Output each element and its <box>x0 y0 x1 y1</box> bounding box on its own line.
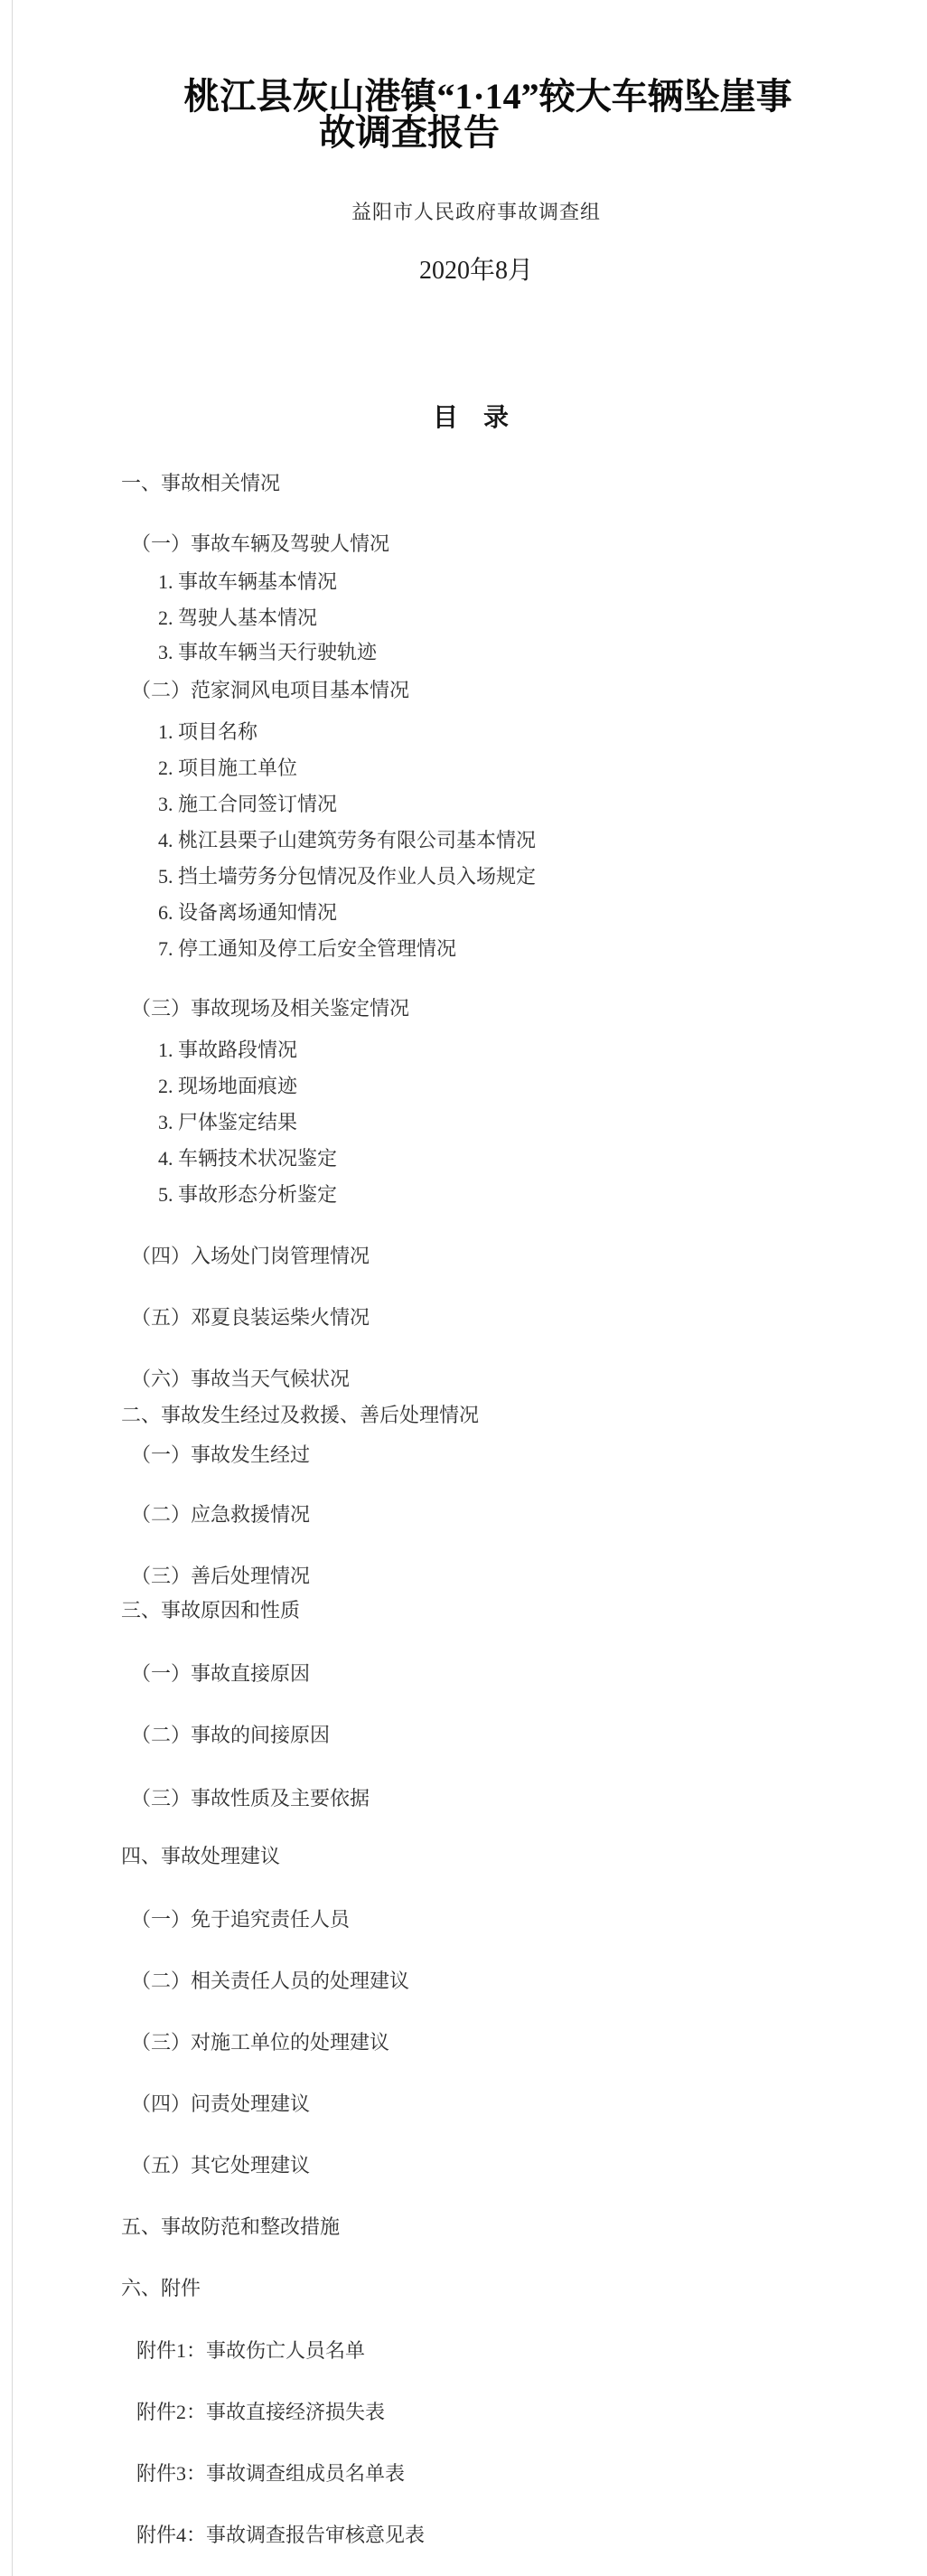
toc-entry-paren: （二）相关责任人员的处理建议 <box>131 1968 409 1995</box>
toc-entry-section: 四、事故处理建议 <box>121 1843 280 1870</box>
toc-entry-section: 一、事故相关情况 <box>121 470 280 497</box>
toc-entry-num: 1. 事故车辆基本情况 <box>158 569 337 596</box>
toc-entry-section: 三、事故原因和性质 <box>121 1597 300 1624</box>
toc-entry-num: 1. 事故路段情况 <box>158 1037 297 1064</box>
report-title-line-1: 桃江县灰山港镇“1·14”较大车辆坠崖事 <box>24 80 927 114</box>
toc-entry-paren: （三）事故性质及主要依据 <box>131 1785 370 1812</box>
toc-entry-section: 二、事故发生经过及救援、善后处理情况 <box>121 1402 479 1429</box>
toc-entry-attach: 附件3：事故调查组成员名单表 <box>136 2460 405 2487</box>
toc-entry-num: 4. 车辆技术状况鉴定 <box>158 1145 337 1172</box>
page-edge-line <box>12 0 13 2576</box>
toc-entry-paren: （二）应急救援情况 <box>131 1501 310 1528</box>
toc-entry-num: 5. 事故形态分析鉴定 <box>158 1181 337 1208</box>
report-date: 2020年8月 <box>13 257 927 286</box>
toc-entry-num: 2. 现场地面痕迹 <box>158 1073 297 1100</box>
toc-entry-paren: （四）入场处门岗管理情况 <box>131 1243 370 1270</box>
toc-entry-paren: （一）免于追究责任人员 <box>131 1906 350 1933</box>
toc-entry-section: 五、事故防范和整改措施 <box>121 2214 340 2241</box>
toc-entry-num: 3. 施工合同签订情况 <box>158 791 337 818</box>
toc-entry-num: 1. 项目名称 <box>158 719 257 746</box>
toc-entry-paren: （五）邓夏良装运柴火情况 <box>131 1304 370 1331</box>
toc-entry-num: 6. 设备离场通知情况 <box>158 899 337 926</box>
toc-entry-paren: （六）事故当天气候状况 <box>131 1366 350 1393</box>
toc-entry-num: 7. 停工通知及停工后安全管理情况 <box>158 935 456 963</box>
toc-entry-paren: （一）事故车辆及驾驶人情况 <box>131 531 389 558</box>
toc-entry-attach: 附件4：事故调查报告审核意见表 <box>136 2522 425 2549</box>
toc-entry-paren: （二）范家洞风电项目基本情况 <box>131 677 409 704</box>
toc-heading: 目 录 <box>7 403 927 434</box>
toc-entry-section: 六、附件 <box>121 2275 201 2302</box>
toc-entry-attach: 附件2：事故直接经济损失表 <box>136 2399 385 2426</box>
report-cover-page: { "page": { "background": "#ffffff", "ed… <box>0 0 927 2576</box>
toc-entry-num: 2. 项目施工单位 <box>158 755 297 782</box>
toc-entry-paren: （三）对施工单位的处理建议 <box>131 2029 389 2056</box>
toc-entry-num: 3. 尸体鉴定结果 <box>158 1109 297 1136</box>
report-title-line-2: 故调查报告 <box>0 116 873 150</box>
toc-entry-paren: （三）事故现场及相关鉴定情况 <box>131 995 409 1022</box>
toc-entry-paren: （一）事故发生经过 <box>131 1442 310 1469</box>
toc-entry-num: 3. 事故车辆当天行驶轨迹 <box>158 639 377 666</box>
toc-entry-num: 2. 驾驶人基本情况 <box>158 605 317 632</box>
toc-entry-paren: （四）问责处理建议 <box>131 2091 310 2118</box>
toc-entry-num: 5. 挡土墙劳务分包情况及作业人员入场规定 <box>158 863 536 890</box>
toc-entry-paren: （一）事故直接原因 <box>131 1660 310 1688</box>
toc-entry-attach: 附件1：事故伤亡人员名单 <box>136 2337 365 2364</box>
toc-entry-paren: （五）其它处理建议 <box>131 2152 310 2179</box>
toc-entry-paren: （三）善后处理情况 <box>131 1563 310 1590</box>
toc-entry-num: 4. 桃江县栗子山建筑劳务有限公司基本情况 <box>158 827 536 854</box>
toc-entry-paren: （二）事故的间接原因 <box>131 1722 330 1749</box>
organization-name: 益阳市人民政府事故调查组 <box>13 200 927 225</box>
